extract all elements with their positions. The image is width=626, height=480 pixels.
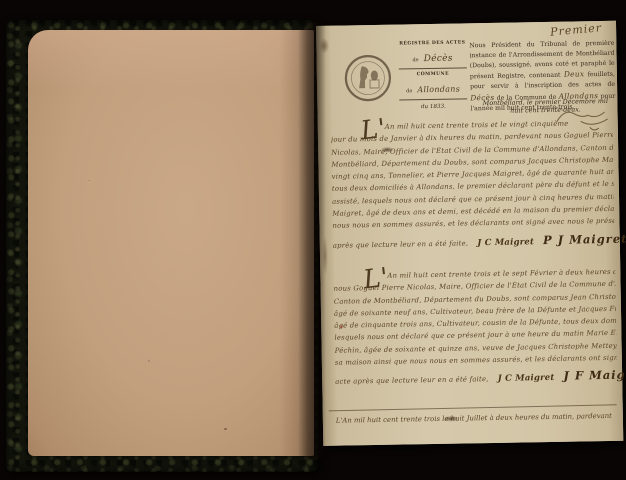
right-register-page: Premier RÉGISTRE DES ACTES de Décès COMM… [316,21,623,446]
act-signature-row: acte après que lecture leur en a été fai… [335,368,617,387]
death-act-entry-3-partial: L'An mil huit cent trente trois le huit … [336,412,618,425]
header-rule-thin [399,98,467,100]
acts-de-label: de [412,57,418,63]
register-header-left-column: RÉGISTRE DES ACTES de Décès COMMUNE de A… [396,40,469,110]
register-year: du 1833. [397,103,469,110]
gutter-stain [322,236,329,276]
paper-freckle [88,180,90,181]
header-rule [399,67,467,69]
declarant-signature: J C Maigret [498,373,555,384]
death-act-entry-2: L' An mil huit cent trente trois et le s… [333,268,617,387]
declarant-signature: P J Maigret [543,231,626,246]
folio-count-handwritten: Deux [564,70,585,79]
act-closing-text: acte après que lecture leur en a été fai… [335,375,489,386]
entry-initial: L' [359,114,387,147]
register-scan: Premier RÉGISTRE DES ACTES de Décès COMM… [0,0,626,480]
commune-name-handwritten: Allondans [417,84,460,94]
official-stamp-icon [344,54,393,103]
paper-freckle [224,428,227,430]
ink-stain [319,38,329,54]
entry-divider-rule [329,404,617,411]
act-signature-row: après que lecture leur en a été faite, J… [333,231,615,250]
declarant-signature: J C Maigret [477,237,534,248]
declarant-signature: J F Maigret [563,368,626,383]
act-closing-text: après que lecture leur en a été faite, [333,239,469,249]
entry-initial: L' [362,263,390,296]
folio-annotation: Premier [550,21,603,38]
commune-de-label: de [406,88,412,94]
paper-freckle [148,360,150,362]
left-blank-page [28,30,314,456]
death-act-entry-1: L' An mil huit cent trente trois et le v… [331,119,615,251]
acts-type-handwritten: Décès [424,54,453,65]
